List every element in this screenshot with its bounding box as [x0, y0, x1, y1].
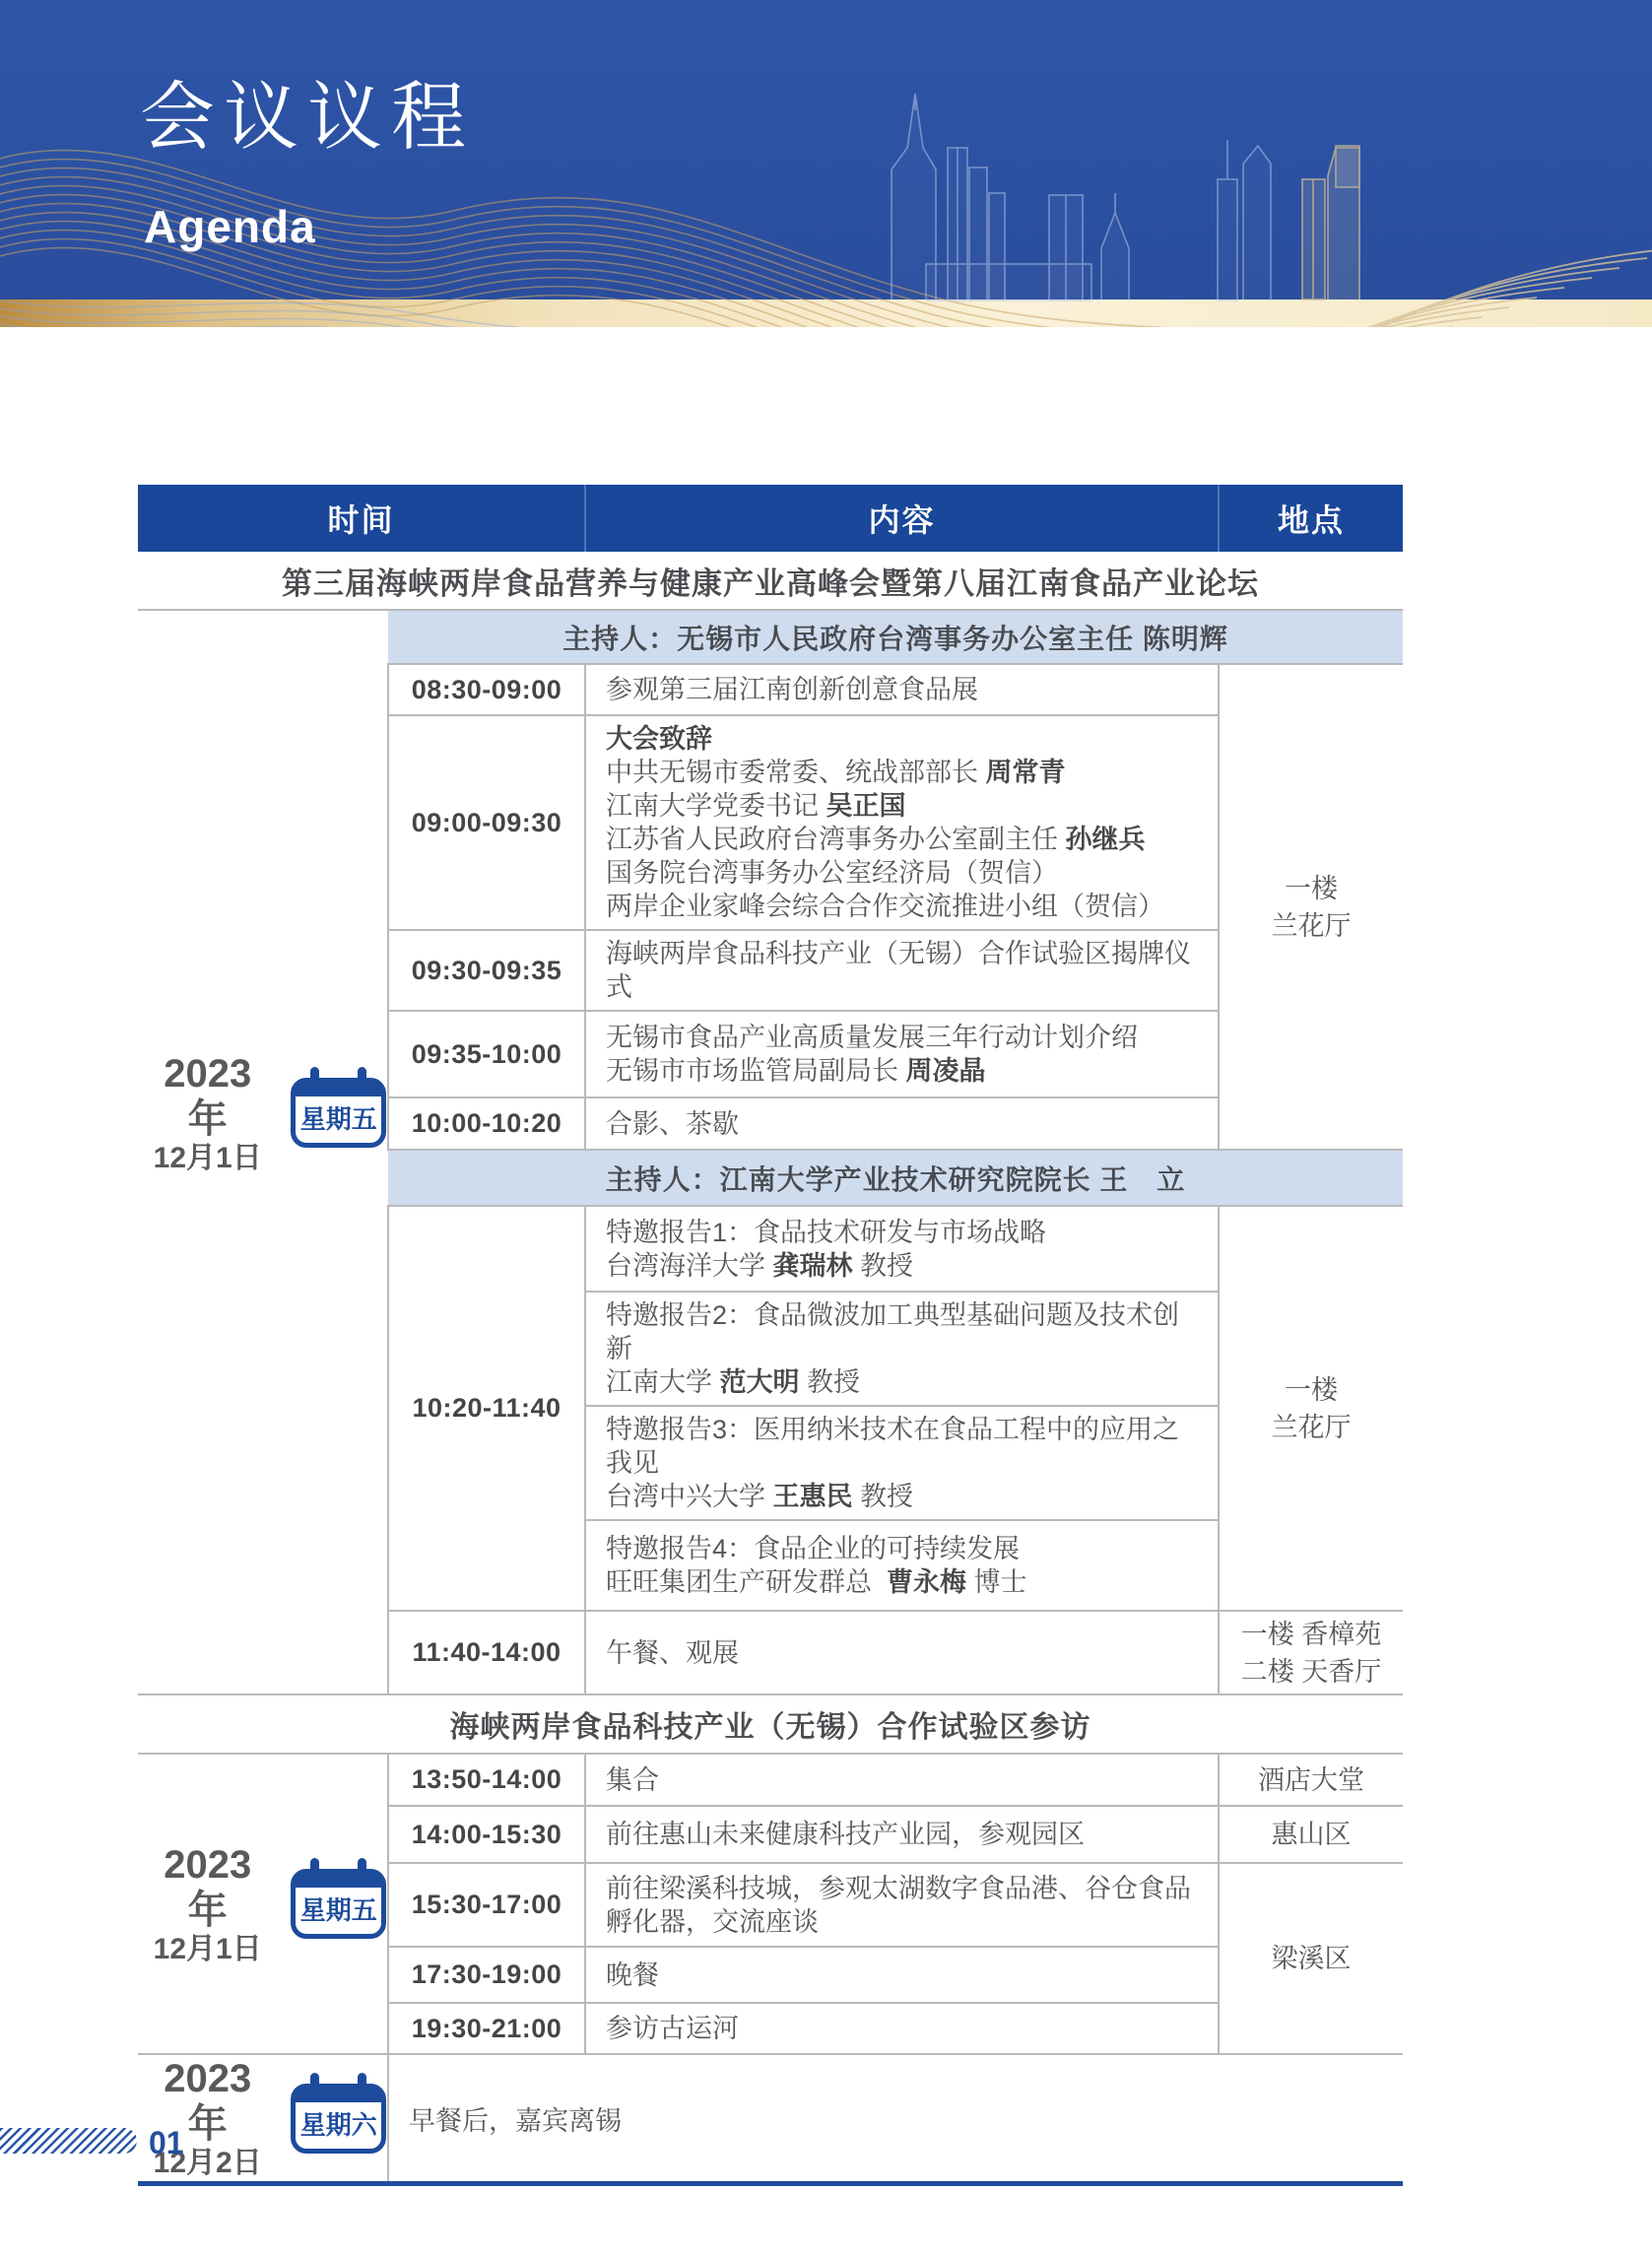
departure-note: 早餐后，嘉宾离锡	[388, 2054, 1403, 2184]
date-day: 12月1日	[139, 1933, 276, 1966]
date-marker: 2023 年 12月1日 星期五	[139, 1842, 386, 1966]
page-banner: 会议议程 Agenda	[0, 0, 1652, 327]
time-cell: 11:40-14:00	[388, 1611, 585, 1694]
content-cell: 特邀报告4：食品企业的可持续发展 旺旺集团生产研发群总 曹永梅 博士	[585, 1520, 1219, 1611]
time-cell: 09:30-09:35	[388, 930, 585, 1011]
agenda-page: 会议议程 Agenda 时间 内容 地点 第三届海峡两岸食品营养与健康产业高峰会…	[0, 0, 1652, 2257]
table-row: 2023 年 12月1日 星期五 13:50-14:00 集合 酒店大堂	[138, 1754, 1403, 1806]
time-cell: 13:50-14:00	[388, 1754, 585, 1806]
date-marker: 2023 年 12月2日 星期六	[139, 2056, 386, 2180]
time-cell: 19:30-21:00	[388, 2003, 585, 2054]
date-cell-dec1-afternoon: 2023 年 12月1日 星期五	[138, 1754, 388, 2054]
date-day: 12月1日	[139, 1142, 276, 1175]
page-number: 01	[149, 2125, 184, 2161]
location-cell: 酒店大堂	[1219, 1754, 1403, 1806]
time-cell: 15:30-17:00	[388, 1863, 585, 1947]
location-cell: 惠山区	[1219, 1806, 1403, 1863]
weekday-label: 星期五	[300, 1106, 377, 1132]
visit-section-title: 海峡两岸食品科技产业（无锡）合作试验区参访	[138, 1694, 1403, 1754]
banner-decoration	[0, 0, 1652, 327]
departure-row: 2023 年 12月2日 星期六 早餐后，嘉宾离锡	[138, 2054, 1403, 2184]
content-cell: 集合	[585, 1754, 1219, 1806]
time-cell: 10:20-11:40	[388, 1206, 585, 1611]
time-cell: 17:30-19:00	[388, 1947, 585, 2003]
date-cell-dec2: 2023 年 12月2日 星期六	[138, 2054, 388, 2184]
agenda-table: 时间 内容 地点 第三届海峡两岸食品营养与健康产业高峰会暨第八届江南食品产业论坛…	[138, 485, 1403, 2186]
weekday-label: 星期六	[300, 2112, 377, 2138]
content-cell: 午餐、观展	[585, 1611, 1219, 1694]
time-cell: 10:00-10:20	[388, 1097, 585, 1150]
forum-section-title-row: 第三届海峡两岸食品营养与健康产业高峰会暨第八届江南食品产业论坛	[138, 552, 1403, 610]
page-title-zh: 会议议程	[140, 77, 475, 160]
content-cell: 前往惠山未来健康科技产业园，参观园区	[585, 1806, 1219, 1863]
col-header-time: 时间	[138, 485, 585, 552]
content-cell: 特邀报告1：食品技术研发与市场战略 台湾海洋大学 龚瑞林 教授	[585, 1206, 1219, 1292]
table-header-row: 时间 内容 地点	[138, 485, 1403, 552]
time-cell: 14:00-15:30	[388, 1806, 585, 1863]
page-title-en: Agenda	[144, 200, 316, 253]
content-cell: 特邀报告2：食品微波加工典型基础问题及技术创新 江南大学 范大明 教授	[585, 1292, 1219, 1406]
content-cell: 海峡两岸食品科技产业（无锡）合作试验区揭牌仪式	[585, 930, 1219, 1011]
calendar-icon: 星期五	[291, 1078, 386, 1148]
content-cell: 合影、茶歇	[585, 1097, 1219, 1150]
content-cell: 无锡市食品产业高质量发展三年行动计划介绍 无锡市市场监管局副局长 周凌晶	[585, 1011, 1219, 1097]
location-cell: 梁溪区	[1219, 1863, 1403, 2054]
content-cell: 大会致辞 中共无锡市委常委、统战部部长 周常青 江南大学党委书记 吴正国 江苏省…	[585, 715, 1219, 930]
time-cell: 09:35-10:00	[388, 1011, 585, 1097]
col-header-location: 地点	[1219, 485, 1403, 552]
content-cell: 前往梁溪科技城，参观太湖数字食品港、谷仓食品孵化器，交流座谈	[585, 1863, 1219, 1947]
content-cell: 特邀报告3：医用纳米技术在食品工程中的应用之我见 台湾中兴大学 王惠民 教授	[585, 1406, 1219, 1520]
location-cell: 一楼 兰花厅	[1219, 1206, 1403, 1611]
date-cell-dec1-morning: 2023 年 12月1日 星期五	[138, 610, 388, 1694]
calendar-icon: 星期五	[291, 1869, 386, 1939]
footer-stripes-decoration	[0, 2128, 137, 2154]
moderator-1: 主持人：无锡市人民政府台湾事务办公室主任 陈明辉	[388, 610, 1403, 664]
time-cell: 09:00-09:30	[388, 715, 585, 930]
location-cell: 一楼 兰花厅	[1219, 664, 1403, 1150]
forum-section-title: 第三届海峡两岸食品营养与健康产业高峰会暨第八届江南食品产业论坛	[138, 552, 1403, 610]
moderator-row-1: 2023 年 12月1日 星期五 主持人：无锡市人民政府台湾事务办公室主任 陈明…	[138, 610, 1403, 664]
visit-section-title-row: 海峡两岸食品科技产业（无锡）合作试验区参访	[138, 1694, 1403, 1754]
content-cell: 晚餐	[585, 1947, 1219, 2003]
calendar-icon: 星期六	[291, 2084, 386, 2154]
content-cell: 参访古运河	[585, 2003, 1219, 2054]
content-cell: 参观第三届江南创新创意食品展	[585, 664, 1219, 715]
skyline-icon	[892, 94, 1271, 300]
date-year: 2023 年	[139, 1051, 276, 1142]
weekday-label: 星期五	[300, 1897, 377, 1923]
date-marker: 2023 年 12月1日 星期五	[139, 1051, 386, 1175]
col-header-content: 内容	[585, 485, 1219, 552]
date-year: 2023 年	[139, 1842, 276, 1933]
location-cell: 一楼 香樟苑 二楼 天香厅	[1219, 1611, 1403, 1694]
time-cell: 08:30-09:00	[388, 664, 585, 715]
moderator-2: 主持人：江南大学产业技术研究院院长 王 立	[388, 1150, 1403, 1206]
